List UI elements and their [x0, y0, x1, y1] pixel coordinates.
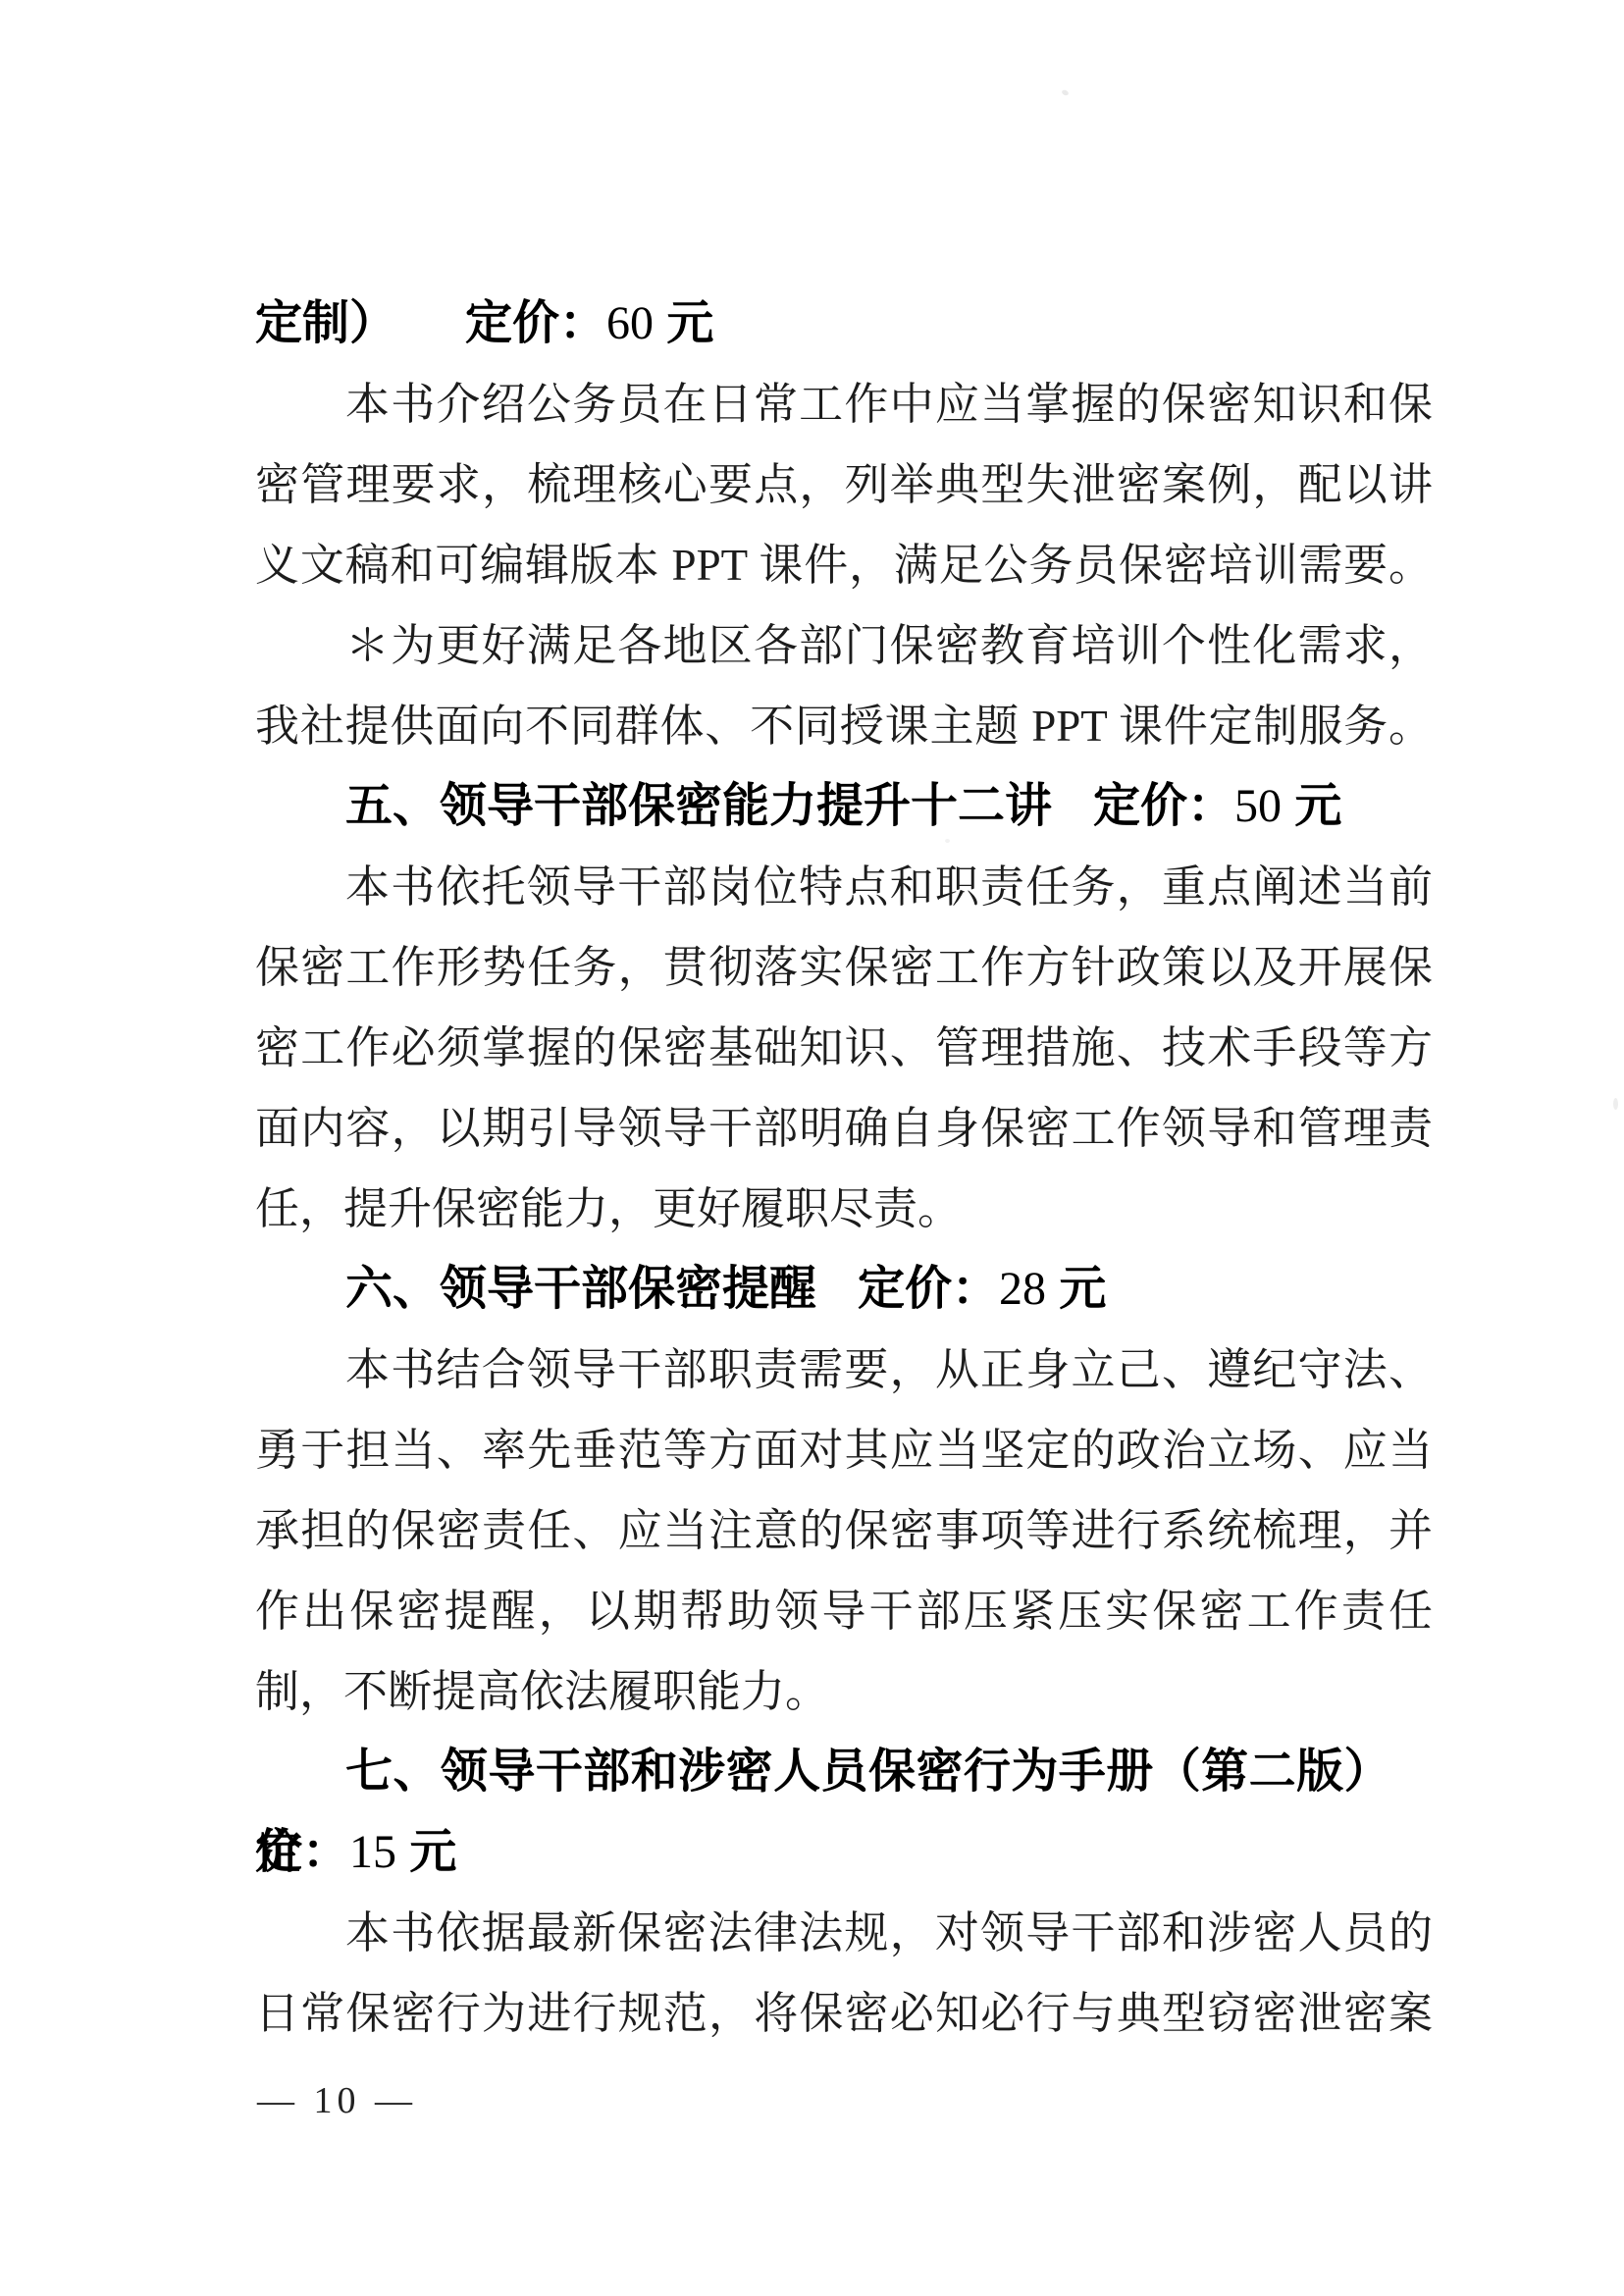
- body-text: 承担的保密责任、应当注意的保密事项等进行系统梳理，并: [255, 1506, 1433, 1555]
- body-text: 面内容，以期引导领导干部明确自身保密工作领导和管理责: [255, 1104, 1433, 1153]
- acronym-ppt: PPT: [1031, 702, 1107, 751]
- scan-artifact: [1061, 89, 1069, 96]
- paragraph-line: 我社提供面向不同群体、不同授课主题 PPT 课件定制服务。: [255, 686, 1433, 766]
- body-text: 密管理要求，梳理核心要点，列举典型失泄密案例，配以讲: [255, 460, 1433, 509]
- price-unit: 元: [1046, 1263, 1106, 1315]
- scan-artifact: [945, 839, 950, 843]
- section-heading-7-continued: 价：15 元: [255, 1812, 1433, 1893]
- price-label: 定价：: [1093, 780, 1234, 832]
- section-title: 五、领导干部保密能力提升十二讲: [345, 780, 1052, 832]
- body-text: 课件定制服务。: [1107, 702, 1433, 751]
- paragraph-line-end: 任，提升保密能力，更好履职尽责。: [255, 1169, 1433, 1249]
- price-label: 定价：: [858, 1263, 999, 1315]
- paragraph-line: 本书依据最新保密法律法规，对领导干部和涉密人员的: [255, 1893, 1433, 1973]
- body-text: 勇于担当、率先垂范等方面对其应当坚定的政治立场、应当: [255, 1426, 1433, 1475]
- body-text: 日常保密行为进行规范，将保密必知必行与典型窃密泄密案: [255, 1989, 1433, 2038]
- price-value: 50: [1234, 780, 1282, 832]
- paragraph-line: 密工作必须掌握的保密基础知识、管理措施、技术手段等方: [255, 1008, 1433, 1088]
- paragraph-line-note: ＊为更好满足各地区各部门保密教育培训个性化需求，: [255, 605, 1433, 686]
- paragraph-line: 保密工作形势任务，贯彻落实保密工作方针政策以及开展保: [255, 927, 1433, 1008]
- paragraph-line: 密管理要求，梳理核心要点，列举典型失泄密案例，配以讲: [255, 444, 1433, 525]
- price-label: 定价：: [465, 297, 606, 349]
- section-heading-6: 六、领导干部保密提醒定价：28 元: [255, 1249, 1433, 1330]
- paragraph-line: 作出保密提醒，以期帮助领导干部压紧压实保密工作责任: [255, 1571, 1433, 1651]
- section-title: 七、领导干部和涉密人员保密行为手册（第二版）: [345, 1746, 1391, 1798]
- paragraph-line: 日常保密行为进行规范，将保密必知必行与典型窃密泄密案: [255, 1973, 1433, 2054]
- document-page: 定制）定价：60 元 本书介绍公务员在日常工作中应当掌握的保密知识和保 密管理要…: [0, 0, 1624, 2296]
- body-text: 作出保密提醒，以期帮助领导干部压紧压实保密工作责任: [255, 1587, 1433, 1636]
- body-text: 义文稿和可编辑版本: [255, 541, 672, 590]
- heading-fragment: 定制）: [255, 297, 396, 349]
- price-label: 价：: [255, 1826, 349, 1878]
- body-text: 课件，满足公务员保密培训需要。: [747, 541, 1433, 590]
- paragraph-line: 本书结合领导干部职责需要，从正身立己、遵纪守法、: [255, 1330, 1433, 1410]
- body-text: 密工作必须掌握的保密基础知识、管理措施、技术手段等方: [255, 1023, 1433, 1072]
- price-unit: 元: [654, 297, 713, 349]
- paragraph-line: 本书依托领导干部岗位特点和职责任务，重点阐述当前: [255, 847, 1433, 927]
- body-text: 本书结合领导干部职责需要，从正身立己、遵纪守法、: [345, 1345, 1433, 1394]
- price-value: 28: [999, 1263, 1046, 1315]
- body-text: 本书依据最新保密法律法规，对领导干部和涉密人员的: [345, 1908, 1433, 1957]
- body-text: 本书依托领导干部岗位特点和职责任务，重点阐述当前: [345, 862, 1433, 912]
- paragraph-line: 承担的保密责任、应当注意的保密事项等进行系统梳理，并: [255, 1490, 1433, 1571]
- price-line-book4-continued: 定制）定价：60 元: [255, 284, 1433, 364]
- body-text: 保密工作形势任务，贯彻落实保密工作方针政策以及开展保: [255, 943, 1433, 992]
- body-text: ＊为更好满足各地区各部门保密教育培训个性化需求，: [345, 621, 1433, 670]
- paragraph-line: 本书介绍公务员在日常工作中应当掌握的保密知识和保: [255, 364, 1433, 444]
- price-unit: 元: [1282, 780, 1341, 832]
- section-heading-5: 五、领导干部保密能力提升十二讲定价：50 元: [255, 766, 1433, 847]
- section-title: 六、领导干部保密提醒: [345, 1263, 816, 1315]
- body-text: 制，不断提高依法履职能力。: [255, 1667, 829, 1716]
- page-number-text: — 10 —: [257, 2080, 417, 2121]
- paragraph-line: 面内容，以期引导领导干部明确自身保密工作领导和管理责: [255, 1088, 1433, 1169]
- price-value: 60: [606, 297, 654, 349]
- body-text: 任，提升保密能力，更好履职尽责。: [255, 1184, 962, 1233]
- section-heading-7: 七、领导干部和涉密人员保密行为手册（第二版）定: [255, 1732, 1433, 1812]
- paragraph-line-end: 制，不断提高依法履职能力。: [255, 1651, 1433, 1732]
- price-value: 15: [349, 1826, 396, 1878]
- paragraph-line: 勇于担当、率先垂范等方面对其应当坚定的政治立场、应当: [255, 1410, 1433, 1490]
- scan-artifact: [1613, 1098, 1618, 1110]
- paragraph-line: 义文稿和可编辑版本 PPT 课件，满足公务员保密培训需要。: [255, 525, 1433, 605]
- page-number: — 10 —: [257, 2066, 417, 2135]
- text-block: 定制）定价：60 元 本书介绍公务员在日常工作中应当掌握的保密知识和保 密管理要…: [255, 284, 1433, 2054]
- body-text: 本书介绍公务员在日常工作中应当掌握的保密知识和保: [345, 380, 1433, 429]
- price-unit: 元: [396, 1826, 456, 1878]
- body-text: 我社提供面向不同群体、不同授课主题: [255, 702, 1031, 751]
- acronym-ppt: PPT: [672, 541, 748, 590]
